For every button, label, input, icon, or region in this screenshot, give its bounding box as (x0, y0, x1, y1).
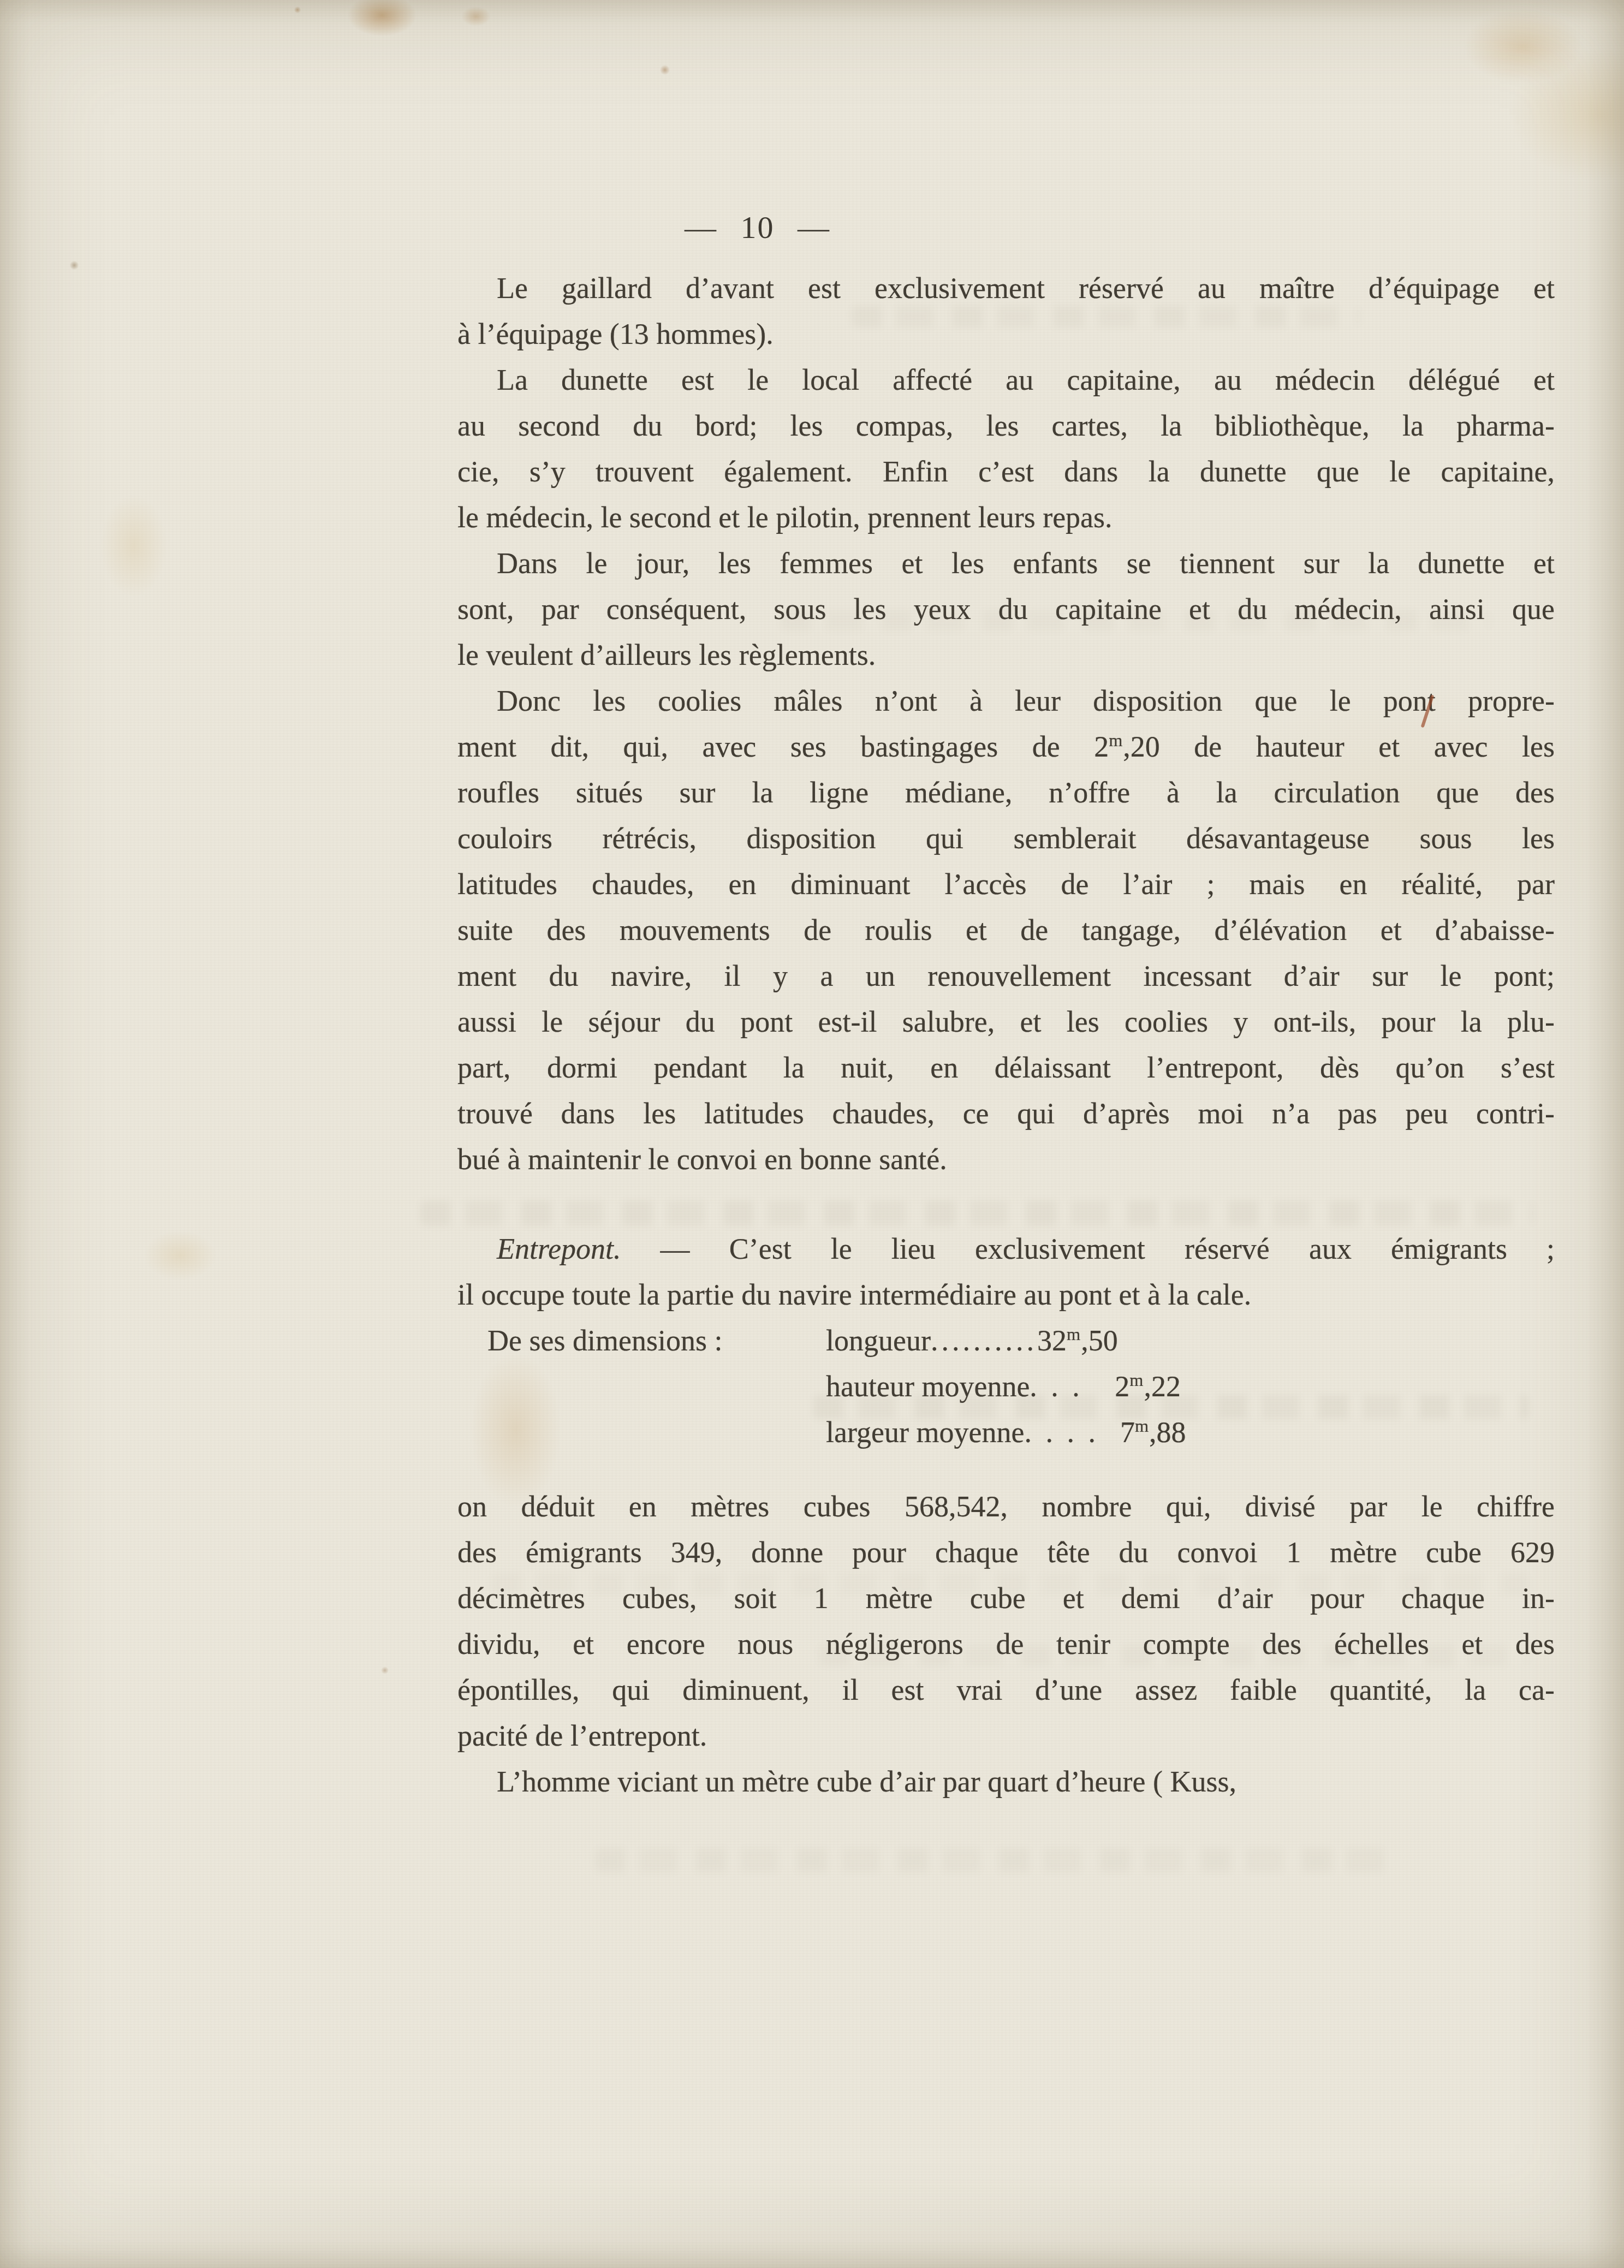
text-line: le médecin, le second et le pilotin, pre… (457, 495, 1555, 540)
paragraph-jour: Dans le jour, les femmes et les enfants … (457, 540, 1555, 678)
text-line: aussi le séjour du pont est-il salubre, … (457, 999, 1555, 1045)
dimension-name: longueur (826, 1324, 931, 1357)
dimensions-label: De ses dimensions : (487, 1318, 722, 1364)
paragraph-dunette: La dunette est le local affecté au capit… (457, 357, 1555, 540)
text-line: latitudes chaudes, en diminuant l’accès … (457, 861, 1555, 907)
bleed-through-smudge (595, 1848, 1392, 1872)
text-line: couloirs rétrécis, disposition qui sembl… (457, 815, 1555, 861)
text-line: au second du bord; les compas, les carte… (457, 403, 1555, 449)
dot-leader: . . . (1030, 1370, 1115, 1403)
text-line: pacité de l’entrepont. (457, 1713, 1555, 1759)
text-line: le veulent d’ailleurs les règlements. (457, 632, 1555, 678)
text-line: épontilles, qui diminuent, il est vrai d… (457, 1667, 1555, 1713)
dimension-name: largeur moyenne (826, 1416, 1024, 1449)
dimension-value: 7 (1120, 1416, 1135, 1449)
dimension-row-largeur: largeur moyenne. . . . 7m,88 (826, 1409, 1555, 1455)
text-line: Dans le jour, les femmes et les enfants … (457, 540, 1555, 586)
meter-superscript: m (1109, 731, 1123, 751)
page-number: — 10 — (0, 209, 1569, 246)
paragraph-calcul: on déduit en mètres cubes 568,542, nombr… (457, 1484, 1555, 1759)
dimension-decimals: ,22 (1144, 1370, 1181, 1403)
entrepont-lead: Entrepont. (497, 1233, 621, 1265)
text-line: décimètres cubes, soit 1 mètre cube et d… (457, 1575, 1555, 1621)
dot-leader: . . . . (1024, 1416, 1120, 1449)
text-line: à l’équipage (13 hommes). (457, 311, 1555, 357)
dimension-value: 32 (1037, 1324, 1067, 1357)
dimension-value: 2 (1115, 1370, 1129, 1403)
dimensions-table: De ses dimensions : longueur..........32… (457, 1318, 1555, 1455)
dimension-name: hauteur moyenne (826, 1370, 1030, 1403)
text-line-with-unit: ment dit, qui, avec ses bastingages de 2… (457, 724, 1555, 770)
text-line: on déduit en mètres cubes 568,542, nombr… (457, 1484, 1555, 1529)
text-line: cie, s’y trouvent également. Enfin c’est… (457, 449, 1555, 495)
paragraph-entrepont: Entrepont. — C’est le lieu exclusivement… (457, 1226, 1555, 1318)
text-line: Le gaillard d’avant est exclusivement ré… (457, 265, 1555, 311)
text-line: part, dormi pendant la nuit, en délaissa… (457, 1045, 1555, 1091)
text-line: il occupe toute la partie du navire inte… (457, 1272, 1555, 1318)
text-line: ment du navire, il y a un renouvellement… (457, 953, 1555, 999)
text-line: Donc les coolies mâles n’ont à leur disp… (457, 678, 1555, 724)
text-segment: C’est le lieu exclusivement réservé aux … (729, 1233, 1555, 1265)
dimension-row-longueur: longueur..........32m,50 (826, 1318, 1555, 1364)
dimension-decimals: ,50 (1081, 1324, 1118, 1357)
text-line: suite des mouvements de roulis et de tan… (457, 907, 1555, 953)
paragraph-homme: L’homme viciant un mètre cube d’air par … (457, 1759, 1555, 1805)
text-line: trouvé dans les latitudes chaudes, ce qu… (457, 1091, 1555, 1136)
text-segment: ,20 de hauteur et avec les (1123, 730, 1555, 763)
paragraph-coolies: Donc les coolies mâles n’ont à leur disp… (457, 678, 1555, 1182)
text-line: des émigrants 349, donne pour chaque têt… (457, 1529, 1555, 1575)
text-line: dividu, et encore nous négligerons de te… (457, 1621, 1555, 1667)
text-line-entrepont: Entrepont. — C’est le lieu exclusivement… (457, 1226, 1555, 1272)
text-line: roufles situés sur la ligne médiane, n’o… (457, 770, 1555, 815)
text-block: Le gaillard d’avant est exclusivement ré… (457, 265, 1555, 1805)
dot-leader: .......... (931, 1324, 1037, 1357)
meter-superscript: m (1129, 1371, 1144, 1390)
dimension-row-hauteur: hauteur moyenne. . . 2m,22 (826, 1364, 1555, 1409)
text-line: L’homme viciant un mètre cube d’air par … (457, 1759, 1555, 1805)
meter-superscript: m (1067, 1325, 1081, 1344)
text-line: sont, par conséquent, sous les yeux du c… (457, 586, 1555, 632)
dimension-decimals: ,88 (1149, 1416, 1186, 1449)
scanned-book-page: { "document": { "language": "fr", "page_… (0, 0, 1624, 2268)
text-line: bué à maintenir le convoi en bonne santé… (457, 1136, 1555, 1182)
paragraph-gaillard: Le gaillard d’avant est exclusivement ré… (457, 265, 1555, 357)
text-line: La dunette est le local affecté au capit… (457, 357, 1555, 403)
dash-separator: — (661, 1233, 690, 1265)
dimensions-rows: longueur..........32m,50 hauteur moyenne… (826, 1318, 1555, 1455)
text-segment: ment dit, qui, avec ses bastingages de 2 (457, 730, 1109, 763)
meter-superscript: m (1135, 1416, 1149, 1436)
